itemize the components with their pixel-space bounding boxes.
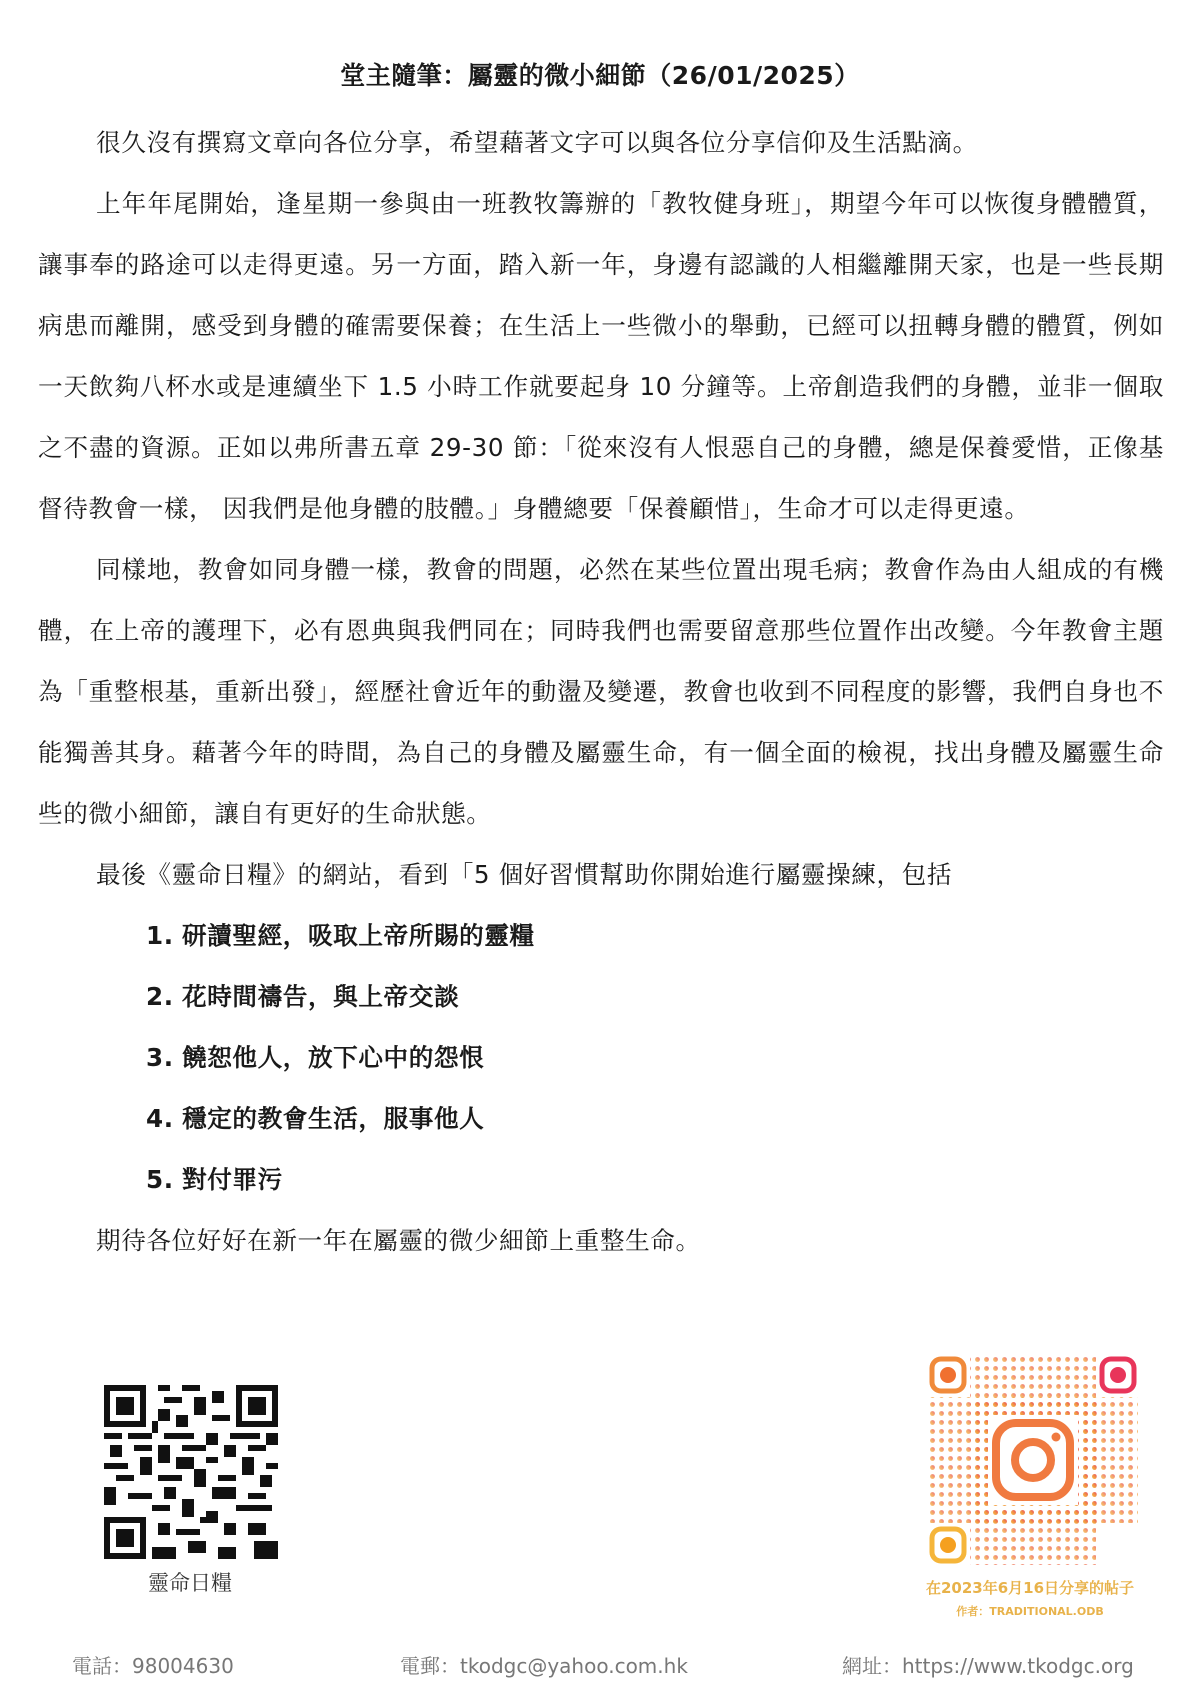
list-item: 2.花時間禱告，與上帝交談 (38, 966, 1164, 1027)
qr-caption-right: 在2023年6月16日分享的帖子 (900, 1577, 1160, 1598)
instagram-qr-code-icon[interactable] (928, 1355, 1138, 1565)
qr-author-right: 作者：TRADITIONAL.ODB (900, 1603, 1160, 1619)
list-item: 3.饒恕他人，放下心中的怨恨 (38, 1027, 1164, 1088)
page-title: 堂主隨筆：屬靈的微小細節（26/01/2025） (0, 56, 1200, 92)
footer-website-link[interactable]: 網址：https://www.tkodgc.org (842, 1650, 1134, 1679)
footer-email-link[interactable]: 電郵：tkodgc@yahoo.com.hk (400, 1650, 688, 1679)
list-item: 4.穩定的教會生活，服事他人 (38, 1088, 1164, 1149)
list-item: 5.對付罪污 (38, 1149, 1164, 1210)
closing-paragraph: 期待各位好好在新一年在屬靈的微少細節上重整生命。 (38, 1210, 1164, 1271)
paragraph-4: 最後《靈命日糧》的網站，看到「5 個好習慣幫助你開始進行屬靈操練，包括 (38, 844, 1164, 905)
habits-list: 1.研讀聖經，吸取上帝所賜的靈糧 2.花時間禱告，與上帝交談 3.饒恕他人，放下… (38, 905, 1164, 1210)
list-item: 1.研讀聖經，吸取上帝所賜的靈糧 (38, 905, 1164, 966)
paragraph-3: 同樣地，教會如同身體一樣，教會的問題，必然在某些位置出現毛病；教會作為由人組成的… (38, 539, 1164, 844)
article-body: 很久沒有撰寫文章向各位分享，希望藉著文字可以與各位分享信仰及生活點滴。 上年年尾… (38, 112, 1164, 1271)
qr-code-icon[interactable] (104, 1385, 278, 1559)
paragraph-1: 很久沒有撰寫文章向各位分享，希望藉著文字可以與各位分享信仰及生活點滴。 (38, 112, 1164, 173)
footer-phone: 電話：98004630 (72, 1650, 234, 1679)
paragraph-2: 上年年尾開始，逢星期一參與由一班教牧籌辦的「教牧健身班」，期望今年可以恢復身體體… (38, 173, 1164, 539)
footer: 電話：98004630 電郵：tkodgc@yahoo.com.hk 網址：ht… (0, 1650, 1200, 1680)
qr-caption-left: 靈命日糧 (90, 1567, 290, 1597)
